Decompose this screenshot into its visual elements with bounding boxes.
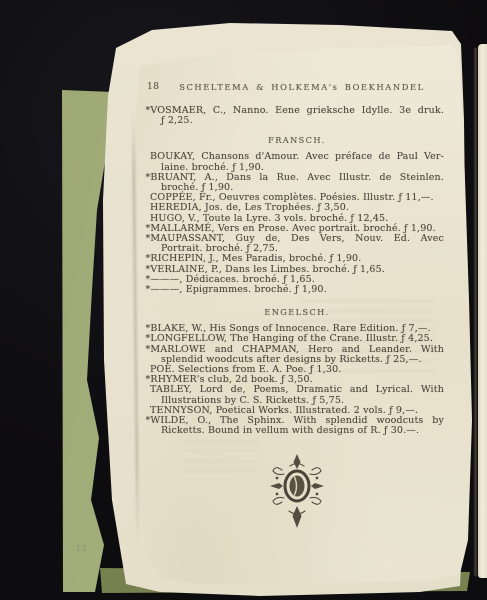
catalog-entry: *WILDE, O., The Sphinx. With splendid wo… [150,416,444,436]
catalog-entry-line: ƒ 2,25. [150,116,444,126]
adjacent-page-edge [478,44,487,578]
ornament-container [150,453,444,533]
catalog-entry: TABLEY, Lord de, Poems, Dramatic and Lyr… [150,385,444,405]
book-scan: 18 SCHELTEMA & HOLKEMA's BOEKHANDEL *VOS… [0,0,487,600]
running-header: 18 SCHELTEMA & HOLKEMA's BOEKHANDEL [150,82,444,94]
page-text-block: 18 SCHELTEMA & HOLKEMA's BOEKHANDEL *VOS… [150,82,444,533]
running-title: SCHELTEMA & HOLKEMA's BOEKHANDEL [150,82,454,92]
catalog-entry: BOUKAY, Chansons d'Amour. Avec préface d… [150,152,444,172]
catalog-entry: *MARLOWE and CHAPMAN, Hero and Leander. … [150,345,444,365]
catalog-entry-line: *VOSMAER, C., Nanno. Eene grieksche Idyl… [150,106,444,116]
printer-ornament-icon [268,453,326,529]
catalog-entry-line: Ricketts. Bound in vellum with designs o… [150,426,444,436]
section-heading: ENGELSCH. [150,307,444,317]
catalog-entry: *MAUPASSANT, Guy de, Des Vers, Nouv. Ed.… [150,234,444,254]
catalog-entries: *VOSMAER, C., Nanno. Eene grieksche Idyl… [150,106,444,436]
catalog-entry: *BRUANT, A., Dans la Rue. Avec Illustr. … [150,173,444,193]
pencil-annotation: -12 [72,543,88,553]
section-heading: FRANSCH. [150,135,444,145]
catalog-entry-line: *———, Epigrammes. broché. ƒ 1,90. [150,285,444,295]
catalog-entry: *———, Epigrammes. broché. ƒ 1,90. [150,285,444,295]
catalog-entry: *VOSMAER, C., Nanno. Eene grieksche Idyl… [150,106,444,126]
page-gutter-shadow [474,48,477,576]
